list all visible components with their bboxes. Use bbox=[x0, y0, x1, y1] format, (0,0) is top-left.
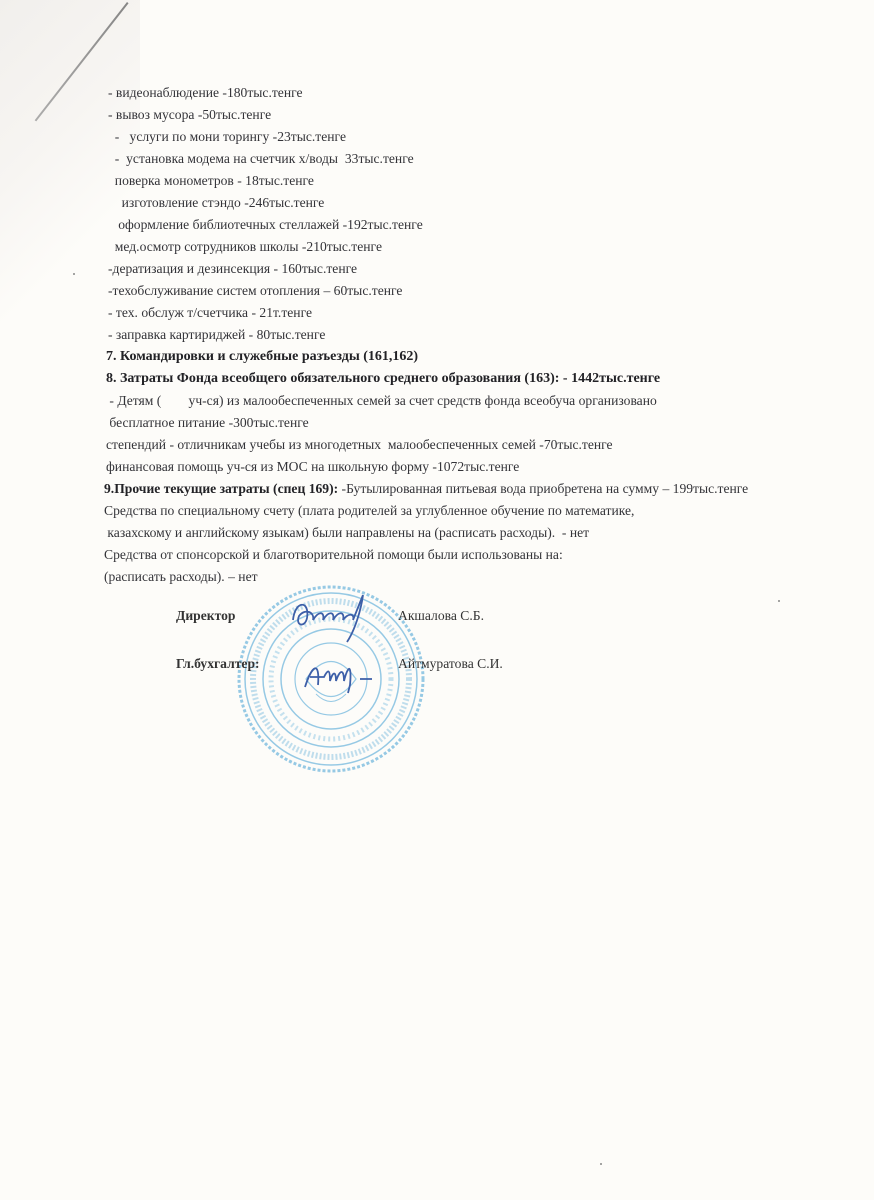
expense-line: поверка монометров - 18тыс.тенге bbox=[108, 173, 314, 189]
section-8-heading: 8. Затраты Фонда всеобщего обязательного… bbox=[106, 371, 660, 387]
expense-line: мед.осмотр сотрудников школы -210тыс.тен… bbox=[108, 239, 382, 255]
expense-line: - вывоз мусора -50тыс.тенге bbox=[108, 107, 271, 123]
director-signature bbox=[285, 590, 385, 645]
accountant-name: Айтмуратова С.И. bbox=[398, 656, 503, 672]
scan-speck bbox=[73, 273, 75, 275]
expense-line: - тех. обслуж т/счетчика - 21т.тенге bbox=[108, 305, 312, 321]
director-label: Директор bbox=[176, 608, 235, 624]
scan-page-edge bbox=[35, 2, 129, 121]
expense-line: -дератизация и дезинсекция - 160тыс.тенг… bbox=[108, 261, 357, 277]
scan-speck bbox=[778, 600, 780, 602]
section-8-line: - Детям ( уч-ся) из малообеспеченных сем… bbox=[106, 393, 657, 409]
scan-speck bbox=[600, 1163, 602, 1165]
section-8-line: степендий - отличникам учебы из многодет… bbox=[106, 437, 613, 453]
expense-line: изготовление стэндо -246тыс.тенге bbox=[108, 195, 324, 211]
expense-line: - видеонаблюдение -180тыс.тенге bbox=[108, 85, 303, 101]
section-8-line: финансовая помощь уч-ся из МОС на школьн… bbox=[106, 459, 519, 475]
expense-line: - заправка картириджей - 80тыс.тенге bbox=[108, 327, 325, 343]
closing-line: Средства от спонсорской и благотворитель… bbox=[104, 547, 563, 563]
section-9-heading: 9.Прочие текущие затраты (спец 169): bbox=[104, 481, 342, 496]
section-9-text: -Бутылированная питьевая вода приобретен… bbox=[342, 481, 749, 496]
closing-line: казахскому и английскому языкам) были на… bbox=[104, 525, 589, 541]
closing-line: (расписать расходы). – нет bbox=[104, 569, 258, 585]
accountant-signature bbox=[300, 655, 390, 695]
expense-line: - установка модема на счетчик х/воды 33т… bbox=[108, 151, 414, 167]
closing-line: Средства по специальному счету (плата ро… bbox=[104, 503, 634, 519]
section-8-line: бесплатное питание -300тыс.тенге bbox=[106, 415, 309, 431]
section-7-heading: 7. Командировки и служебные разъезды (16… bbox=[106, 349, 418, 365]
section-9: 9.Прочие текущие затраты (спец 169): -Бу… bbox=[104, 481, 748, 497]
accountant-label: Гл.бухгалтер: bbox=[176, 656, 260, 672]
expense-line: оформление библиотечных стеллажей -192ты… bbox=[108, 217, 423, 233]
director-name: Акшалова С.Б. bbox=[398, 608, 484, 624]
expense-line: - услуги по мони торингу -23тыс.тенге bbox=[108, 129, 346, 145]
expense-line: -техобслуживание систем отопления – 60ты… bbox=[108, 283, 402, 299]
